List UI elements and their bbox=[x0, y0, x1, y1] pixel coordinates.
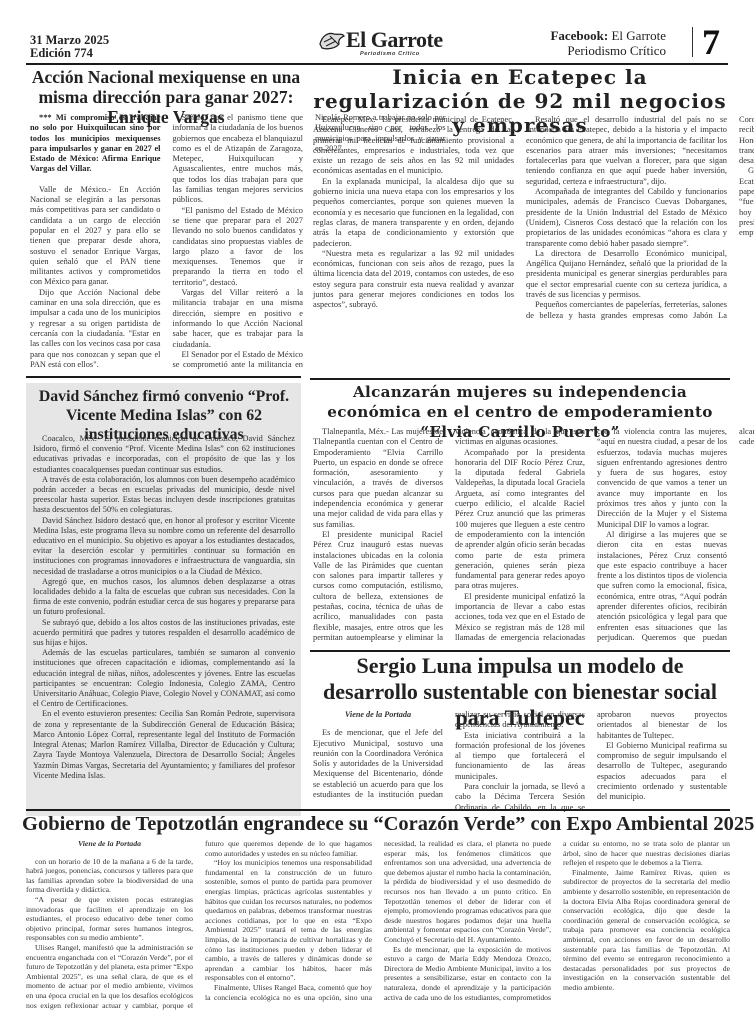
paragraph: David Sánchez Isidoro destacó que, en ho… bbox=[33, 516, 295, 577]
article-body-accion-nacional: *** Mi compromiso es trabajar no solo po… bbox=[30, 113, 303, 371]
section-rule bbox=[310, 378, 730, 380]
logo-title: El Garrote bbox=[346, 27, 443, 53]
paragraph: Vargas del Villar reiteró a la militanci… bbox=[173, 288, 304, 350]
paragraph: Agregó que, en muchos casos, los alumnos… bbox=[33, 577, 295, 618]
facebook-sub: Periodismo Crítico bbox=[550, 43, 666, 58]
section-rule bbox=[26, 376, 301, 378]
issue-edition: Edición 774 bbox=[30, 47, 109, 60]
paragraph: con un horario de 10 de la mañana a 6 de… bbox=[26, 857, 193, 895]
article-body-sergio-luna: Viene de la Portada Es de mencionar, que… bbox=[313, 710, 727, 814]
logo-mascot-icon bbox=[318, 30, 346, 52]
paragraph: “A pesar de que existen pocas estrategia… bbox=[26, 895, 193, 943]
paragraph: Acompañado por la presidenta honoraria d… bbox=[455, 448, 585, 592]
paragraph: Dijo que Acción Nacional debe caminar en… bbox=[30, 288, 161, 370]
issue-info: 31 Marzo 2025 Edición 774 bbox=[30, 34, 109, 60]
facebook-name: El Garrote bbox=[611, 28, 666, 43]
paragraph: Gloria Rangel Ortega, directora de la Un… bbox=[739, 166, 754, 238]
headline-tepotzotlan: Gobierno de Tepotzotlán engrandece su “C… bbox=[22, 812, 734, 836]
section-rule bbox=[26, 809, 730, 811]
paragraph: El Gobierno Municipal reafirma su compro… bbox=[597, 741, 727, 803]
paragraph: Acompañada de integrantes del Cabildo y … bbox=[526, 187, 727, 249]
logo-tagline: Periodismo Crítico bbox=[360, 51, 420, 57]
article-body-tepotzotlan: Viene de la Portada con un horario de 10… bbox=[26, 839, 730, 1021]
article-lead: *** Mi compromiso es trabajar no solo po… bbox=[30, 113, 161, 175]
paragraph: “El panismo del Estado de México se tien… bbox=[173, 206, 304, 288]
article-body-ecatepec: Ecatepec, Méx.- La presidenta municipal … bbox=[313, 115, 727, 331]
article-kicker: Viene de la Portada bbox=[313, 710, 443, 720]
paragraph: Valle de México.- En Acción Nacional se … bbox=[30, 185, 161, 288]
header-divider bbox=[692, 27, 693, 57]
paragraph: Además de las escuelas particulares, tam… bbox=[33, 648, 295, 709]
paragraph: Coacalco, Méx.- El presidente municipal … bbox=[33, 434, 295, 475]
paragraph: “Hoy los municipios tenemos una responsa… bbox=[205, 858, 372, 983]
article-body-alcanzaran-mujeres: Tlalnepantla, Méx.- Las mujeres de Tlaln… bbox=[313, 427, 727, 645]
article-kicker: Viene de la Portada bbox=[26, 839, 193, 849]
paragraph: La directora de Desarrollo Económico mun… bbox=[526, 249, 727, 300]
paragraph: Señaló, que el panismo tiene que informa… bbox=[173, 113, 304, 206]
page-number: 7 bbox=[702, 22, 720, 62]
paragraph: Finalmente, Jaime Ramírez Rivas, quien e… bbox=[563, 868, 730, 993]
paragraph: Se subrayó que, debido a los altos costo… bbox=[33, 618, 295, 649]
paragraph: Ecatepec, Méx.- La presidenta municipal … bbox=[313, 115, 514, 177]
paragraph: Resaltó que el desarrollo industrial del… bbox=[526, 115, 727, 187]
paragraph: En la explanada municipal, la alcaldesa … bbox=[313, 177, 514, 249]
paragraph: “Nuestra meta es regularizar a las 92 mi… bbox=[313, 249, 514, 311]
masthead-logo: El Garrote Periodismo Crítico bbox=[318, 27, 448, 63]
paragraph: En el evento estuvieron presentes: Cecil… bbox=[33, 709, 295, 780]
paragraph: Tlalnepantla, Méx.- Las mujeres de Tlaln… bbox=[313, 427, 443, 530]
facebook-label: Facebook: bbox=[550, 28, 608, 43]
article-body-david-sanchez: Coacalco, Méx.- El presidente municipal … bbox=[33, 434, 295, 781]
paragraph: A través de esta colaboración, los alumn… bbox=[33, 475, 295, 516]
paragraph: Esta iniciativa contribuirá a la formaci… bbox=[455, 731, 585, 782]
section-rule bbox=[310, 650, 730, 652]
facebook-info: Facebook: El Garrote Periodismo Crítico bbox=[550, 28, 666, 58]
